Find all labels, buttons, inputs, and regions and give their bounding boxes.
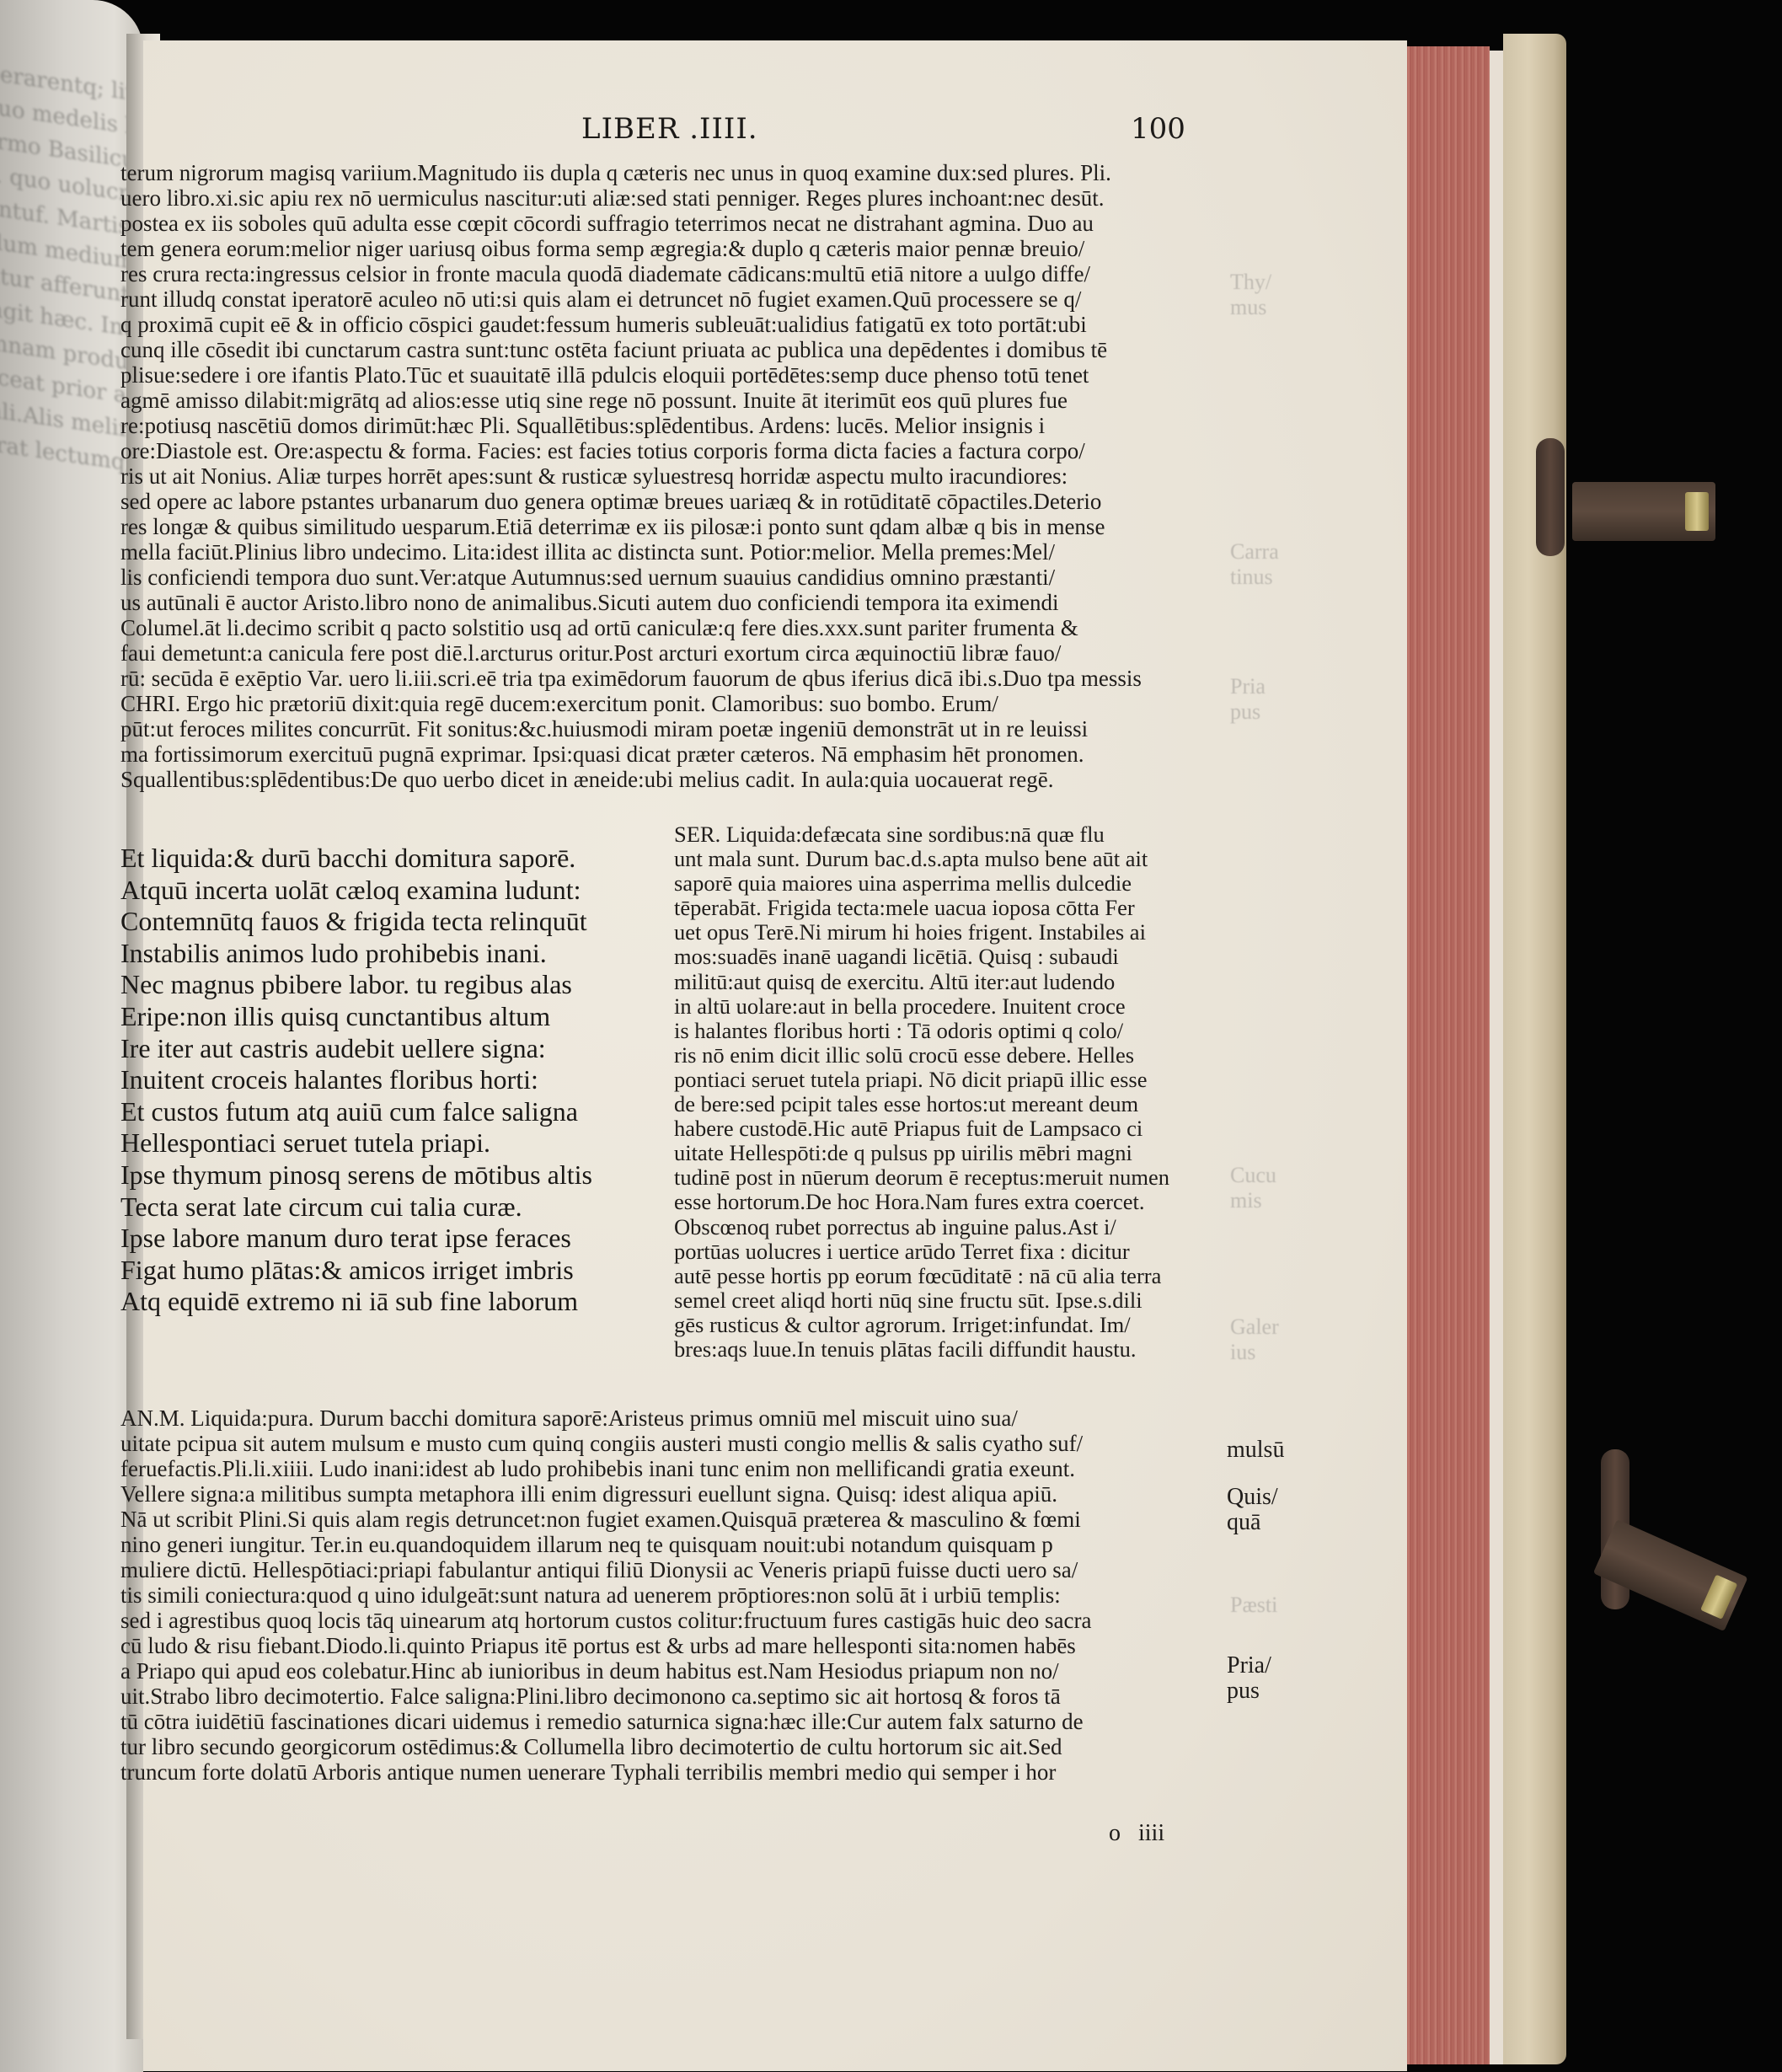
commentary-line: pontiaci seruet tutela priapi. Nō dicit … xyxy=(674,1068,1230,1092)
commentary-line: lis conficiendi tempora duo sunt.Ver:atq… xyxy=(120,565,1216,590)
commentary-line: bres:aqs luue.In tenuis plātas facili di… xyxy=(674,1337,1230,1362)
commentary-line: portūas uolucres i uertice arūdo Terret … xyxy=(674,1239,1230,1264)
commentary-line: tem genera eorum:melior niger uariusq oi… xyxy=(120,236,1216,261)
commentary-line: sed i agrestibus quoq locis tāq uinearum… xyxy=(120,1608,1216,1633)
commentary-line: AN.M. Liquida:pura. Durum bacchi domitur… xyxy=(120,1405,1216,1431)
commentary-line: uet opus Terē.Ni mirum hi hoies frigent.… xyxy=(674,920,1230,945)
fore-edge-margin xyxy=(1490,51,1503,2064)
commentary-line: Nā ut scribit Plini.Si quis alam regis d… xyxy=(120,1507,1216,1532)
clasp-anchor-upper xyxy=(1536,438,1565,556)
commentary-line: CHRI. Ergo hic prætoriū dixit:quia regē … xyxy=(120,691,1216,716)
commentary-line: Columel.āt li.decimo scribit q pacto sol… xyxy=(120,615,1216,640)
vellum-binding xyxy=(1503,34,1566,2064)
commentary-line: q proximā cupit eē & in officio cōspici … xyxy=(120,312,1216,337)
commentary-line: uit.Strabo libro decimotertio. Falce sal… xyxy=(120,1684,1216,1709)
commentary-line: truncum forte dolatū Arboris antique num… xyxy=(120,1759,1216,1785)
commentary-line: plisue:sedere i ore ifantis Plato.Tūc et… xyxy=(120,362,1216,388)
verse-line: Ipse labore manum duro terat ipse ferace… xyxy=(120,1223,668,1255)
marginal-note: Quis/ xyxy=(1227,1485,1278,1510)
show-through-note: Cucu mis xyxy=(1230,1163,1281,1213)
verse-line: Hellespontiaci seruet tutela priapi. xyxy=(120,1127,668,1159)
commentary-top: terum nigrorum magisq variium.Magnitudo … xyxy=(120,160,1216,792)
commentary-line: uero libro.xi.sic apiu rex nō uermiculus… xyxy=(120,185,1216,211)
show-through-note: Pria pus xyxy=(1230,674,1281,725)
marginal-note: Pria/ xyxy=(1227,1653,1271,1678)
verse-line: Contemnūtq fauos & frigida tecta relinqu… xyxy=(120,906,668,938)
signature-mark: o iiii xyxy=(1109,1820,1164,1847)
commentary-line: tudinē post in nūerum deorum ē receptus:… xyxy=(674,1165,1230,1190)
commentary-line: cunq ille cōsedit ibi cunctarum castra s… xyxy=(120,337,1216,362)
commentary-line: Obscœnoq rubet porrectus ab inguine palu… xyxy=(674,1215,1230,1239)
commentary-line: tis simili coniectura:quod q uino idulge… xyxy=(120,1582,1216,1608)
show-through-note: Carra tinus xyxy=(1230,539,1281,590)
commentary-line: tēperabāt. Frigida tecta:mele uacua iopo… xyxy=(674,896,1230,920)
commentary-line: SER. Liquida:defæcata sine sordibus:nā q… xyxy=(674,822,1230,847)
verse-text: Et liquida:& durū bacchi domitura saporē… xyxy=(120,843,668,1318)
commentary-line: rū: secūda ē exēptio Var. uero li.iii.sc… xyxy=(120,666,1216,691)
commentary-bottom: AN.M. Liquida:pura. Durum bacchi domitur… xyxy=(120,1405,1216,1785)
commentary-line: militū:aut quisq de exercitu. Altū iter:… xyxy=(674,970,1230,994)
verse-line: Et custos futum atq auiū cum falce salig… xyxy=(120,1096,668,1128)
commentary-line: postea ex iis soboles quū adulta esse cœ… xyxy=(120,211,1216,236)
commentary-line: res longæ & quibus similitudo uesparum.E… xyxy=(120,514,1216,539)
marginal-note: mulsū xyxy=(1227,1438,1284,1463)
verse-line: Ire iter aut castris audebit uellere sig… xyxy=(120,1033,668,1065)
verse-line: Atquū incerta uolāt cæloq examina ludunt… xyxy=(120,875,668,907)
commentary-line: tur libro secundo georgicorum ostēdimus:… xyxy=(120,1734,1216,1759)
verse-line: Eripe:non illis quisq cunctantibus altum xyxy=(120,1001,668,1033)
commentary-line: uitate pcipua sit autem mulsum e musto c… xyxy=(120,1431,1216,1456)
servius-commentary: SER. Liquida:defæcata sine sordibus:nā q… xyxy=(674,822,1230,1362)
commentary-line: faui demetunt:a canicula fere post diē.l… xyxy=(120,640,1216,666)
verse-line: Ipse thymum pinosq serens de mōtibus alt… xyxy=(120,1159,668,1191)
show-through-note: Thy/ mus xyxy=(1230,270,1281,320)
clasp-brass-tip xyxy=(1700,1574,1737,1619)
marginal-note: pus xyxy=(1227,1678,1260,1704)
commentary-line: ma fortissimorum exercituū pugnā exprima… xyxy=(120,742,1216,767)
folio-number: 100 xyxy=(1131,112,1185,146)
commentary-line: muliere dictū. Hellespōtiaci:priapi fabu… xyxy=(120,1557,1216,1582)
commentary-line: tū cōtra iuidētiū fascinationes dicari u… xyxy=(120,1709,1216,1734)
verse-line: Figat humo plātas:& amicos irriget imbri… xyxy=(120,1255,668,1287)
commentary-line: is halantes floribus horti : Tā odoris o… xyxy=(674,1019,1230,1043)
commentary-line: ris ut ait Nonius. Aliæ turpes horrēt ap… xyxy=(120,463,1216,489)
commentary-line: ris nō enim dicit illic solū crocū esse … xyxy=(674,1043,1230,1068)
marginal-note: quā xyxy=(1227,1510,1260,1535)
commentary-line: in altū uolare:aut in bella procedere. I… xyxy=(674,994,1230,1019)
commentary-line: gēs rusticus & cultor agrorum. Irriget:i… xyxy=(674,1313,1230,1337)
commentary-line: re:potiusq nascētiū domos dirimūt:hæc Pl… xyxy=(120,413,1216,438)
red-fore-edge xyxy=(1405,46,1490,2064)
upper-clasp-strap xyxy=(1572,482,1715,541)
commentary-line: saporē quia maiores uina asperrima melli… xyxy=(674,871,1230,896)
commentary-line: feruefactis.Pli.li.xiiii. Ludo inani:ide… xyxy=(120,1456,1216,1481)
commentary-line: autē pesse hortis pp eorum fœcūditatē : … xyxy=(674,1264,1230,1288)
commentary-line: sed opere ac labore pstantes urbanarum d… xyxy=(120,489,1216,514)
verse-line: Tecta serat late circum cui talia curæ. xyxy=(120,1191,668,1223)
commentary-line: Squallentibus:splēdentibus:De quo uerbo … xyxy=(120,767,1216,792)
commentary-line: uitate Hellespōti:de q pulsus pp uirilis… xyxy=(674,1141,1230,1165)
commentary-line: de bere:sed pcipit tales esse hortos:ut … xyxy=(674,1092,1230,1116)
commentary-line: terum nigrorum magisq variium.Magnitudo … xyxy=(120,160,1216,185)
commentary-line: pūt:ut feroces milites concurrūt. Fit so… xyxy=(120,716,1216,742)
verse-line: Et liquida:& durū bacchi domitura saporē… xyxy=(120,843,668,875)
commentary-line: mella faciūt.Plinius libro undecimo. Lit… xyxy=(120,539,1216,565)
verse-line: Inuitent croceis halantes floribus horti… xyxy=(120,1064,668,1096)
commentary-line: semel creet aliqd horti nūq sine fructu … xyxy=(674,1288,1230,1313)
commentary-line: runt illudq constat iperatorē aculeo nō … xyxy=(120,286,1216,312)
commentary-line: mos:suadēs inanē uagandi licētiā. Quisq … xyxy=(674,945,1230,969)
commentary-line: nino generi iungitur. Ter.in eu.quandoqu… xyxy=(120,1532,1216,1557)
running-head: LIBER .IIII. xyxy=(581,112,758,146)
clasp-brass-tip xyxy=(1685,492,1709,531)
commentary-line: a Priapo qui apud eos colebatur.Hinc ab … xyxy=(120,1658,1216,1684)
verse-line: Atq equidē extremo ni iā sub fine laboru… xyxy=(120,1286,668,1318)
commentary-line: cū ludo & risu fiebant.Diodo.li.quinto P… xyxy=(120,1633,1216,1658)
commentary-line: agmē amisso dilabit:migrātq ad alios:ess… xyxy=(120,388,1216,413)
show-through-note: Galer ius xyxy=(1230,1314,1281,1365)
commentary-line: habere custodē.Hic autē Priapus fuit de … xyxy=(674,1116,1230,1141)
commentary-line: res crura recta:ingressus celsior in fro… xyxy=(120,261,1216,286)
commentary-line: ore:Diastole est. Ore:aspectu & forma. F… xyxy=(120,438,1216,463)
commentary-line: us autūnali ē auctor Aristo.libro nono d… xyxy=(120,590,1216,615)
show-through-note: Pæsti xyxy=(1230,1593,1281,1618)
verse-line: Instabilis animos ludo prohibebis inani. xyxy=(120,938,668,970)
commentary-line: esse hortorum.De hoc Hora.Nam fures extr… xyxy=(674,1190,1230,1214)
lower-clasp-strap xyxy=(1593,1519,1748,1631)
commentary-line: Vellere signa:a militibus sumpta metapho… xyxy=(120,1481,1216,1507)
verse-line: Nec magnus pbibere labor. tu regibus ala… xyxy=(120,969,668,1001)
commentary-line: unt mala sunt. Durum bac.d.s.apta mulso … xyxy=(674,847,1230,871)
